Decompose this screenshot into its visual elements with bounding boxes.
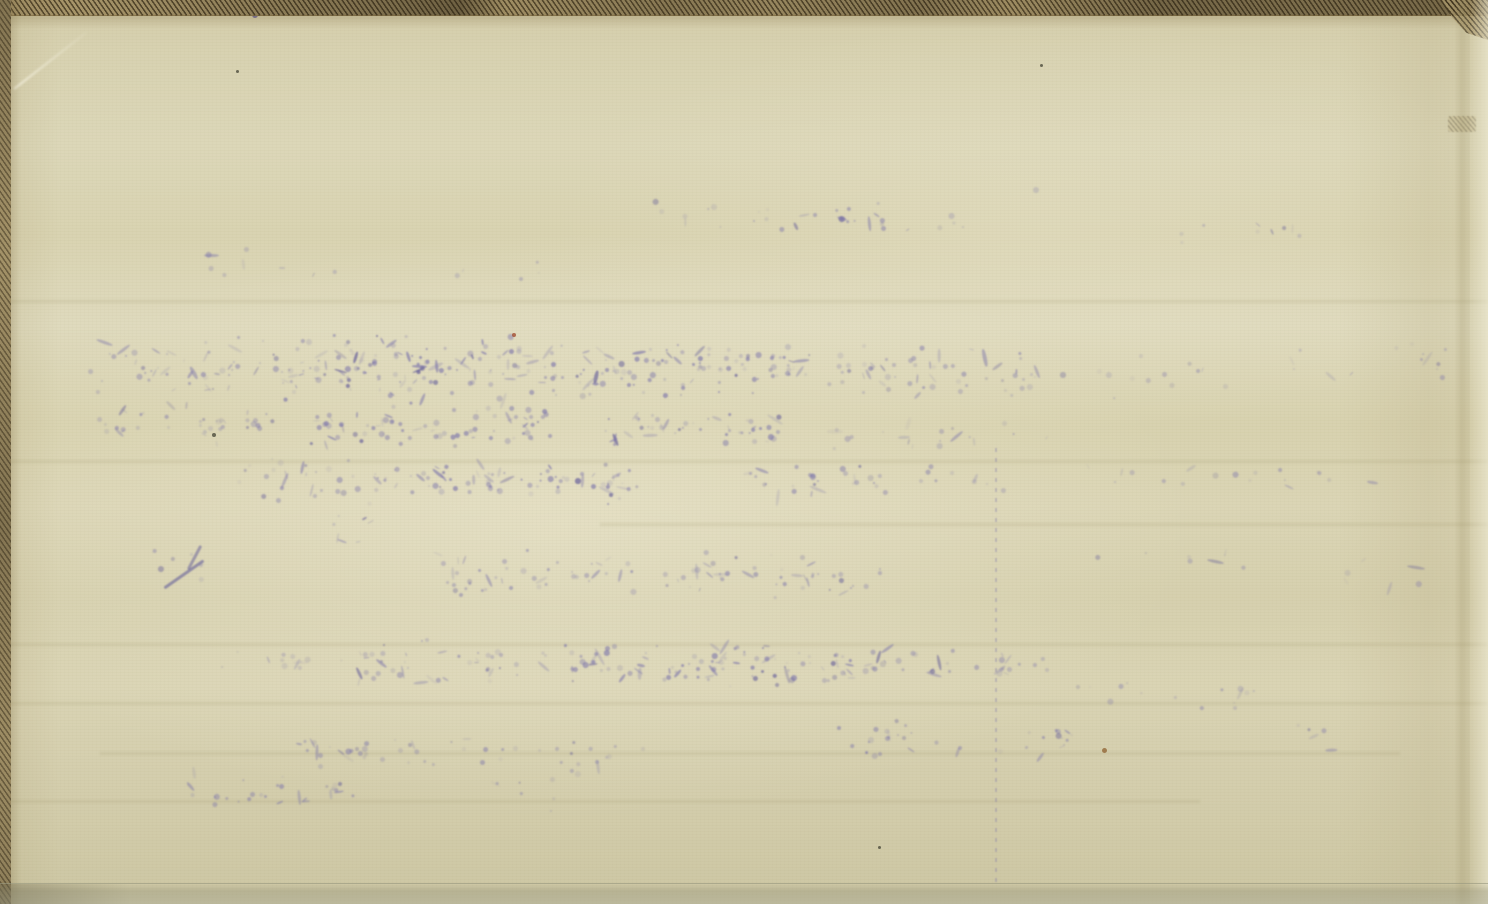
ink-mark: [800, 418, 915, 453]
ink-mark: [602, 408, 787, 450]
ink-mark: [902, 462, 1007, 500]
paper-sheet: [0, 0, 1488, 904]
ink-mark: [300, 402, 555, 450]
ink-mark: [1385, 330, 1455, 388]
ink-mark: [1014, 716, 1076, 774]
ink-mark: [1310, 455, 1390, 495]
ink-mark: [562, 638, 860, 690]
ink-mark: [84, 332, 274, 400]
brown-speck: [1102, 748, 1107, 753]
ink-mark: [332, 492, 374, 544]
backing-weave-top-edge: [0, 0, 1488, 16]
dark-speck: [212, 433, 216, 437]
document-scan: [0, 0, 1488, 904]
ink-mark: [232, 452, 402, 507]
ink-mark: [1032, 178, 1062, 200]
ink-mark: [432, 545, 637, 603]
red-speck: [512, 333, 516, 337]
ink-mark: [1270, 340, 1360, 385]
ink-mark: [832, 712, 924, 767]
ink-mark: [272, 330, 572, 408]
ink-mark: [862, 642, 1050, 690]
dark-speck: [236, 70, 239, 73]
scan-streak: [600, 523, 1488, 526]
bottom-sheet-edge: [0, 883, 1488, 904]
bottom-left-edge-shadow: [0, 884, 130, 904]
ink-mark: [772, 196, 892, 236]
ink-mark: [1332, 552, 1427, 600]
scan-streak: [0, 300, 1488, 303]
ink-mark: [642, 193, 772, 231]
ink-mark: [900, 202, 970, 235]
ink-mark: [1092, 545, 1267, 583]
ink-mark: [152, 548, 220, 594]
ink-mark: [905, 420, 1050, 455]
ink-mark: [932, 736, 1004, 762]
dark-speck: [1040, 64, 1043, 67]
ink-mark: [1080, 462, 1305, 490]
right-edge-highlight: [1470, 0, 1488, 904]
ink-mark: [1172, 672, 1267, 714]
ink-mark: [182, 770, 354, 815]
ink-mark: [575, 338, 815, 403]
ink-mark: [1282, 700, 1357, 758]
ink-mark: [330, 636, 558, 691]
corner-crease: [13, 32, 87, 90]
dark-speck: [878, 846, 881, 849]
ink-mark: [742, 458, 890, 508]
ink-mark: [1048, 350, 1248, 400]
ink-mark: [1062, 680, 1180, 720]
backing-weave-left-edge: [0, 0, 11, 904]
ink-mark: [648, 548, 760, 600]
ink-mark: [200, 642, 318, 687]
ink-mark: [762, 552, 884, 607]
fold-crease-line: [995, 448, 997, 882]
ink-mark: [446, 758, 604, 813]
ink-mark: [95, 398, 295, 448]
ink-mark: [810, 342, 1060, 404]
ink-mark: [262, 258, 342, 290]
ink-mark: [455, 255, 560, 293]
ink-mark: [1168, 218, 1308, 246]
right-edge-shading: [1454, 0, 1470, 904]
ink-mark: [196, 243, 258, 288]
ink-mark: [405, 458, 640, 506]
